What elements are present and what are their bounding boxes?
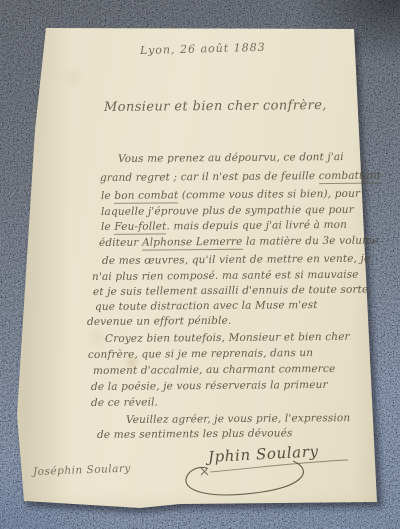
handwriting-line: le Feu-follet. mais depuis que j'ai livr…: [101, 219, 347, 233]
handwriting-line: de la poésie, je vous réserverais la pri…: [91, 379, 328, 393]
handwriting-line: Veuillez agréer, je vous prie, l'express…: [126, 412, 350, 426]
handwriting-line: grand regret ; car il n'est pas de feuil…: [100, 170, 381, 184]
handwriting-line: que toute distraction avec la Muse m'est: [95, 299, 318, 313]
handwriting-line: moment d'accalmie, au charmant commerce: [93, 363, 335, 377]
salutation: Monsieur et bien cher confrère,: [104, 98, 327, 115]
handwriting-line: devenue un effort pénible.: [87, 315, 232, 328]
handwriting-line: n'ai plus rien composé. ma santé est si …: [92, 269, 359, 283]
handwriting-line: confrère, que si je me reprenais, dans u…: [88, 347, 313, 361]
handwriting-line: Vous me prenez au dépourvu, ce dont j'ai: [118, 151, 344, 165]
handwriting-line: Croyez bien toutefois, Monsieur et bien …: [105, 331, 350, 345]
handwriting-line: de ce réveil.: [91, 396, 158, 409]
handwriting-line: et je suis tellement assailli d'ennuis d…: [93, 284, 372, 298]
photograph-of-letter: Lyon, 26 août 1883 Monsieur et bien cher…: [0, 0, 400, 529]
handwriting-line: de mes œuvres, qu'il vient de mettre en …: [102, 253, 371, 267]
handwriting-line: laquelle j'éprouve plus de sympathie que…: [101, 204, 354, 218]
handwriting-line: éditeur Alphonse Lemerre la matière du 3…: [99, 235, 379, 249]
handwriting-line: de mes sentiments les plus dévoués: [97, 427, 293, 441]
handwriting-line: le bon combat (comme vous dites si bien)…: [101, 188, 360, 202]
